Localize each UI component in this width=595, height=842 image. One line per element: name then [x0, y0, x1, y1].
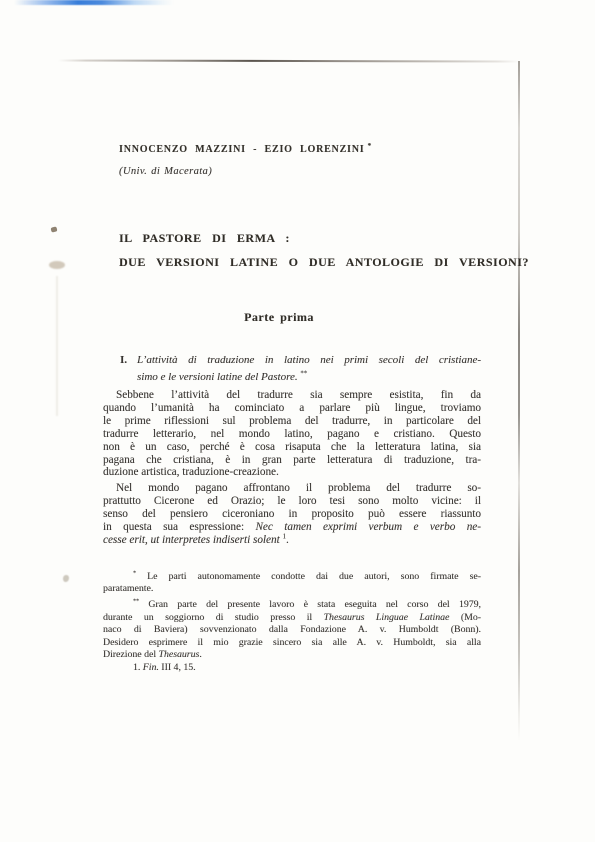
- text-segment: Thesaurus: [159, 649, 200, 660]
- text-segment: Thesaurus Linguae Latinae: [324, 612, 450, 623]
- text-line: I.L’attività di traduzione in latino nei…: [120, 352, 481, 369]
- title-line-1: IL PASTORE DI ERMA :: [119, 226, 481, 250]
- text-segment: tradurre letterario, nel mondo latino, p…: [103, 428, 481, 440]
- body-paragraph-1: Sebbene l’attività del tradurre sia semp…: [103, 389, 481, 479]
- text-segment: durante un soggiorno di studio presso il: [103, 612, 324, 623]
- text-segment: Nec tamen exprimi verbum e verbo ne-: [255, 521, 481, 533]
- text-segment: Direzione del: [103, 649, 159, 660]
- text-segment: Sebbene l’attività del tradurre sia semp…: [116, 389, 481, 401]
- text-segment: le prime riflessioni sul problema del tr…: [103, 415, 481, 427]
- text-line: 1. Fin. III 4, 15.: [103, 662, 481, 674]
- text-line: simo e le versioni latine del Pastore. *…: [120, 369, 481, 386]
- text-segment: .: [286, 534, 289, 546]
- article-title: IL PASTORE DI ERMA : DUE VERSIONI LATINE…: [119, 226, 481, 274]
- text-line: paratamente.: [103, 583, 481, 595]
- text-segment: quando l’umanità ha cominciato a parlare…: [103, 402, 481, 414]
- text-line: Direzione del Thesaurus.: [103, 649, 481, 662]
- text-line: le prime riflessioni sul problema del tr…: [103, 415, 481, 428]
- text-line: non è un caso, perché è cosa risaputa ch…: [103, 441, 481, 454]
- text-segment: non è un caso, perché è cosa risaputa ch…: [103, 441, 481, 453]
- author-line: INNOCENZO MAZZINI - EZIO LORENZINI*: [119, 144, 371, 155]
- text-segment: I.: [120, 352, 137, 369]
- footnote-star: * Le parti autonomamente condotte dai du…: [103, 571, 481, 596]
- section-heading: I.L’attività di traduzione in latino nei…: [120, 352, 481, 386]
- text-segment: duzione artistica, traduzione-creazione.: [103, 466, 279, 478]
- text-segment: in questa sua espressione:: [103, 521, 255, 533]
- text-segment: Le parti autonomamente condotte dai due …: [136, 571, 481, 582]
- text-line: Sebbene l’attività del tradurre sia semp…: [103, 389, 481, 402]
- text-segment: pagana che cristiana, è in gran parte le…: [103, 454, 481, 466]
- text-line: Nel mondo pagano affrontano il problema …: [103, 482, 481, 495]
- text-segment: paratamente.: [103, 583, 153, 594]
- title-line-2: DUE VERSIONI LATINE O DUE ANTOLOGIE DI V…: [119, 250, 481, 274]
- text-line: ** Gran parte del presente lavoro è stat…: [103, 599, 481, 612]
- text-segment: naco di Baviera) sovvenzionato dalla Fon…: [103, 624, 481, 635]
- scanned-document-page: INNOCENZO MAZZINI - EZIO LORENZINI* (Uni…: [0, 0, 595, 842]
- text-segment: Gran parte del presente lavoro è stata e…: [139, 599, 481, 610]
- scan-artifact-blue-streak: [14, 0, 174, 5]
- text-line: in questa sua espressione: Nec tamen exp…: [103, 521, 481, 534]
- affiliation: (Univ. di Macerata): [119, 166, 212, 177]
- part-heading: Parte prima: [103, 310, 481, 325]
- text-line: duzione artistica, traduzione-creazione.: [103, 466, 481, 479]
- text-line: prattutto Cicerone ed Orazio; le loro te…: [103, 495, 481, 508]
- text-line: pagana che cristiana, è in gran parte le…: [103, 454, 481, 467]
- text-line: quando l’umanità ha cominciato a parlare…: [103, 402, 481, 415]
- text-segment: prattutto Cicerone ed Orazio; le loro te…: [103, 495, 481, 507]
- text-line: * Le parti autonomamente condotte dai du…: [103, 571, 481, 583]
- text-line: tradurre letterario, nel mondo latino, p…: [103, 428, 481, 441]
- body-paragraph-2: Nel mondo pagano affrontano il problema …: [103, 482, 481, 547]
- text-line: durante un soggiorno di studio presso il…: [103, 612, 481, 625]
- author-footnote-marker: *: [367, 141, 371, 150]
- scan-smudge: [50, 226, 57, 232]
- footnote-double-star: ** Gran parte del presente lavoro è stat…: [103, 599, 481, 662]
- text-segment: simo e le versioni latine del Pastore.: [137, 371, 300, 383]
- text-line: senso del pensiero ciceroniano in propos…: [103, 508, 481, 521]
- author-names: INNOCENZO MAZZINI - EZIO LORENZINI: [119, 144, 364, 155]
- text-segment: cesse erit, ut interpretes indiserti sol…: [103, 534, 280, 546]
- text-segment: L’attività di traduzione in latino nei p…: [137, 354, 481, 366]
- text-segment: Desidero esprimere il mio grazie sincero…: [103, 637, 481, 648]
- text-segment: III 4, 15.: [159, 662, 196, 673]
- text-segment: .: [199, 649, 201, 660]
- footnote-1: 1. Fin. III 4, 15.: [103, 662, 481, 674]
- text-segment: (Mo-: [449, 612, 481, 623]
- scan-smudge: [49, 261, 65, 269]
- text-line: Desidero esprimere il mio grazie sincero…: [103, 637, 481, 650]
- text-segment: senso del pensiero ciceroniano in propos…: [103, 508, 481, 520]
- page-right-edge-shadow: [518, 61, 520, 741]
- text-segment: Nel mondo pagano affrontano il problema …: [116, 482, 481, 494]
- text-segment: Fin.: [143, 662, 159, 673]
- text-line: cesse erit, ut interpretes indiserti sol…: [103, 534, 481, 547]
- text-line: naco di Baviera) sovvenzionato dalla Fon…: [103, 624, 481, 637]
- page-top-edge-shadow: [58, 60, 520, 63]
- superscript-mark: **: [300, 370, 307, 377]
- text-segment: 1.: [133, 662, 143, 673]
- scan-smudge: [56, 276, 58, 416]
- scan-smudge: [63, 575, 69, 582]
